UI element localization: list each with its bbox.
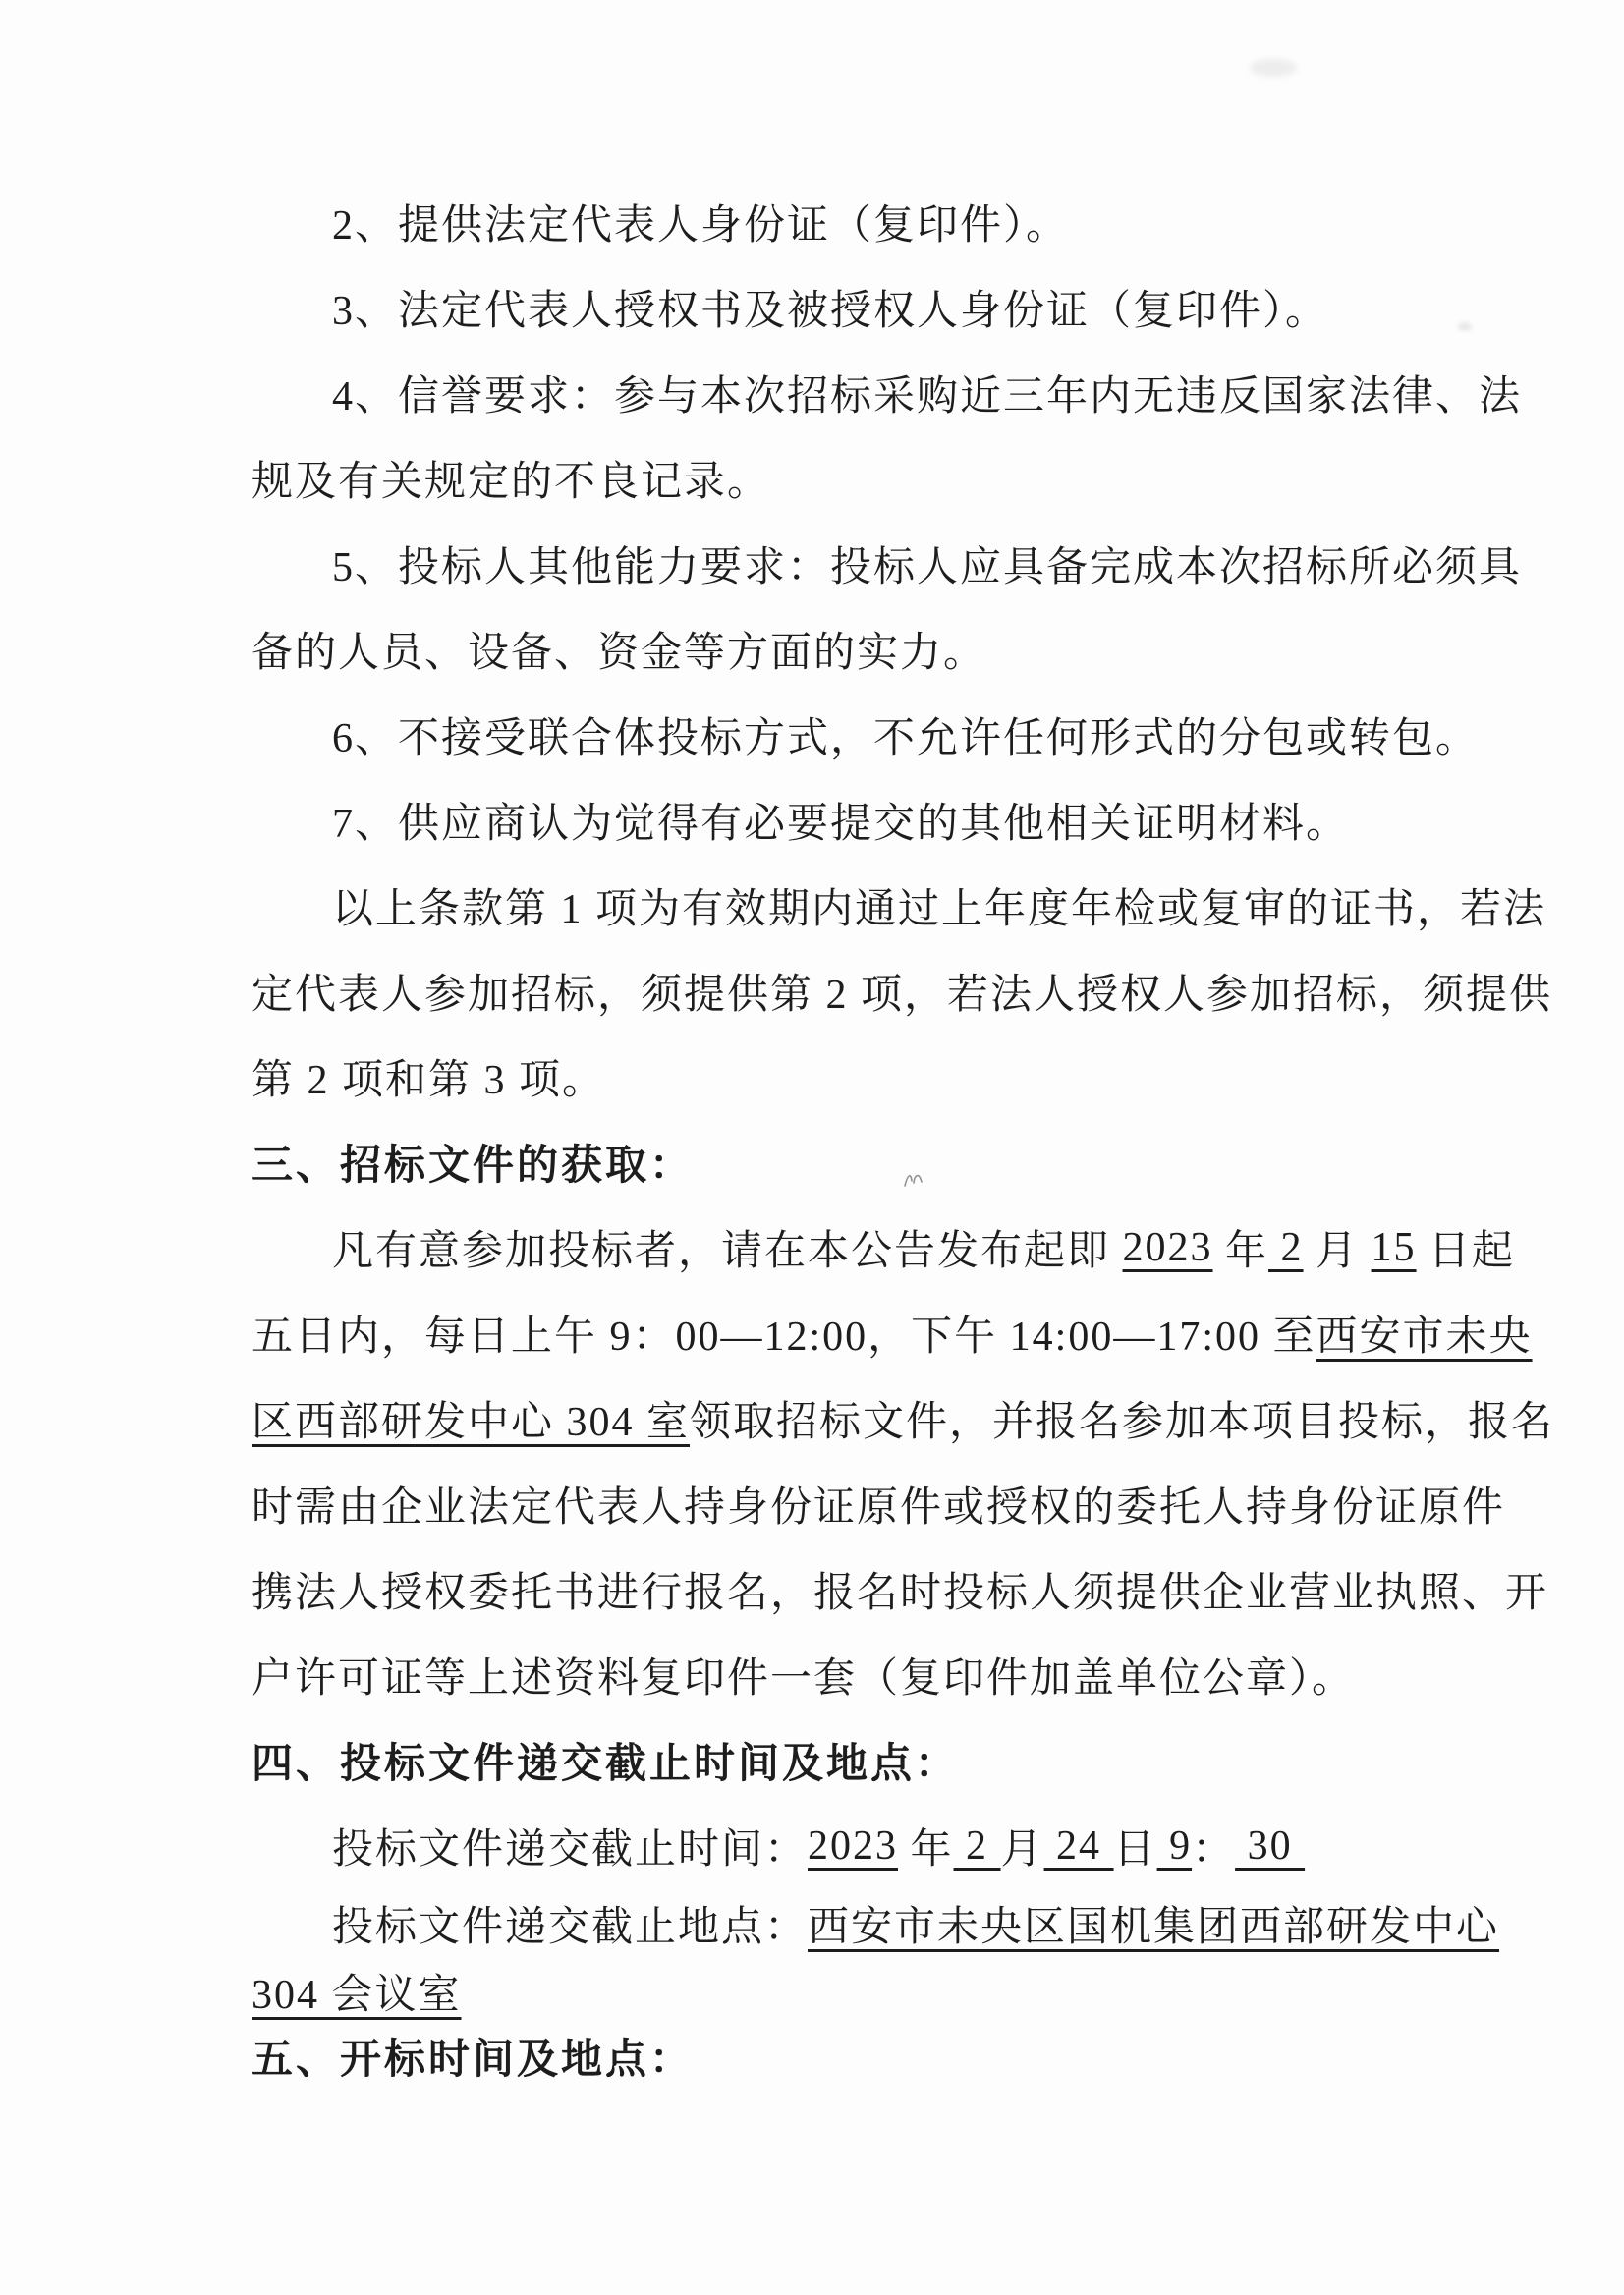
text-segment: 领取招标文件，并报名参加本项目投标，报名 [690, 1389, 1554, 1448]
text-segment: 第 2 项和第 3 项。 [252, 1047, 605, 1106]
scan-smudge [1458, 322, 1472, 331]
text-line: 备的人员、设备、资金等方面的实力。 [252, 606, 1430, 692]
text-line: 以上条款第 1 项为有效期内通过上年度年检或复审的证书，若法 [252, 863, 1430, 948]
underlined-text-segment: 2023 [808, 1822, 898, 1870]
text-segment: 日起 [1417, 1218, 1516, 1277]
text-segment: 凡有意参加投标者，请在本公告发布起即 [332, 1218, 1123, 1277]
text-segment: 5、投标人其他能力要求：投标人应具备完成本次招标所必须具 [332, 534, 1522, 593]
text-segment: 月 [1001, 1817, 1044, 1875]
text-line: 投标文件递交截止时间：2023 年 2 月 24 日 9： 30 [252, 1803, 1430, 1888]
text-line: 区西部研发中心 304 室领取招标文件，并报名参加本项目投标，报名 [252, 1375, 1430, 1461]
text-segment: 备的人员、设备、资金等方面的实力。 [252, 620, 986, 679]
text-segment: 五日内，每日上午 9：00—12:00，下午 14:00—17:00 至 [252, 1304, 1316, 1363]
text-segment: 4、信誉要求：参与本次招标采购近三年内无违反国家法律、法 [332, 364, 1522, 422]
text-line: 凡有意参加投标者，请在本公告发布起即 2023 年 2 月 15 日起 [252, 1204, 1430, 1290]
ink-mark-artifact [900, 1165, 929, 1195]
text-segment: 6、不接受联合体投标方式，不允许任何形式的分包或转包。 [332, 705, 1479, 764]
underlined-text-segment: 区西部研发中心 304 室 [252, 1389, 690, 1448]
text-line: 304 会议室 [252, 1959, 1430, 2024]
text-segment: 7、供应商认为觉得有必要提交的其他相关证明材料。 [332, 791, 1349, 850]
text-line: 时需由企业法定代表人持身份证原件或授权的委托人持身份证原件 [252, 1461, 1430, 1546]
text-segment: 以上条款第 1 项为有效期内通过上年度年检或复审的证书，若法 [332, 876, 1546, 935]
text-line: 五日内，每日上午 9：00—12:00，下午 14:00—17:00 至西安市未… [252, 1290, 1430, 1375]
text-segment: 日 [1114, 1817, 1157, 1875]
text-segment: 年 [898, 1817, 954, 1875]
section-heading-line: 三、招标文件的获取： [252, 1119, 1430, 1204]
text-segment: 3、法定代表人授权书及被授权人身份证（复印件）。 [332, 278, 1328, 337]
text-line: 投标文件递交截止地点：西安市未央区国机集团西部研发中心 [252, 1888, 1430, 1959]
text-line: 2、提供法定代表人身份证（复印件）。 [252, 179, 1430, 264]
underlined-text-segment: 2 [954, 1822, 1001, 1870]
text-segment: 投标文件递交截止时间： [332, 1817, 808, 1875]
text-segment: 携法人授权委托书进行报名，报名时投标人须提供企业营业执照、开 [252, 1560, 1548, 1619]
text-line: 7、供应商认为觉得有必要提交的其他相关证明材料。 [252, 777, 1430, 863]
underlined-text-segment: 304 会议室 [252, 1962, 462, 2021]
text-segment: 定代表人参加招标，须提供第 2 项，若法人授权人参加招标，须提供 [252, 962, 1552, 1021]
section-heading-line: 五、开标时间及地点： [252, 2024, 1430, 2089]
text-segment: 月 [1304, 1218, 1372, 1277]
text-line: 4、信誉要求：参与本次招标采购近三年内无违反国家法律、法 [252, 350, 1430, 435]
text-line: 6、不接受联合体投标方式，不允许任何形式的分包或转包。 [252, 692, 1430, 777]
text-line: 第 2 项和第 3 项。 [252, 1034, 1430, 1119]
text-segment: 时需由企业法定代表人持身份证原件或授权的委托人持身份证原件 [252, 1475, 1505, 1534]
underlined-text-segment: 24 [1044, 1822, 1114, 1870]
text-segment: 2、提供法定代表人身份证（复印件）。 [332, 193, 1069, 252]
text-line: 户许可证等上述资料复印件一套（复印件加盖单位公章）。 [252, 1632, 1430, 1717]
text-line: 规及有关规定的不良记录。 [252, 435, 1430, 521]
text-segment: 投标文件递交截止地点： [332, 1894, 808, 1953]
text-line: 定代表人参加招标，须提供第 2 项，若法人授权人参加招标，须提供 [252, 948, 1430, 1034]
text-segment: 三、招标文件的获取： [252, 1133, 694, 1192]
section-heading-line: 四、投标文件递交截止时间及地点： [252, 1717, 1430, 1803]
underlined-text-segment: 2023 [1123, 1224, 1213, 1271]
text-line: 携法人授权委托书进行报名，报名时投标人须提供企业营业执照、开 [252, 1546, 1430, 1632]
text-segment: 户许可证等上述资料复印件一套（复印件加盖单位公章）。 [252, 1646, 1355, 1705]
underlined-text-segment: 2 [1268, 1224, 1304, 1271]
text-segment: 规及有关规定的不良记录。 [252, 449, 770, 508]
text-segment: ： [1192, 1817, 1235, 1875]
text-segment: 年 [1213, 1218, 1269, 1277]
text-line: 3、法定代表人授权书及被授权人身份证（复印件）。 [252, 264, 1430, 350]
text-line: 5、投标人其他能力要求：投标人应具备完成本次招标所必须具 [252, 521, 1430, 606]
document-body: 2、提供法定代表人身份证（复印件）。3、法定代表人授权书及被授权人身份证（复印件… [252, 179, 1430, 2089]
scan-smudge [1250, 59, 1297, 77]
underlined-text-segment: 30 [1235, 1822, 1305, 1870]
underlined-text-segment: 15 [1372, 1224, 1417, 1271]
underlined-text-segment: 9 [1157, 1822, 1193, 1870]
underlined-text-segment: 西安市未央区国机集团西部研发中心 [808, 1894, 1499, 1953]
document-page: 2、提供法定代表人身份证（复印件）。3、法定代表人授权书及被授权人身份证（复印件… [0, 0, 1624, 2295]
underlined-text-segment: 西安市未央 [1316, 1304, 1533, 1363]
text-segment: 五、开标时间及地点： [252, 2027, 694, 2086]
text-segment: 四、投标文件递交截止时间及地点： [252, 1731, 959, 1790]
